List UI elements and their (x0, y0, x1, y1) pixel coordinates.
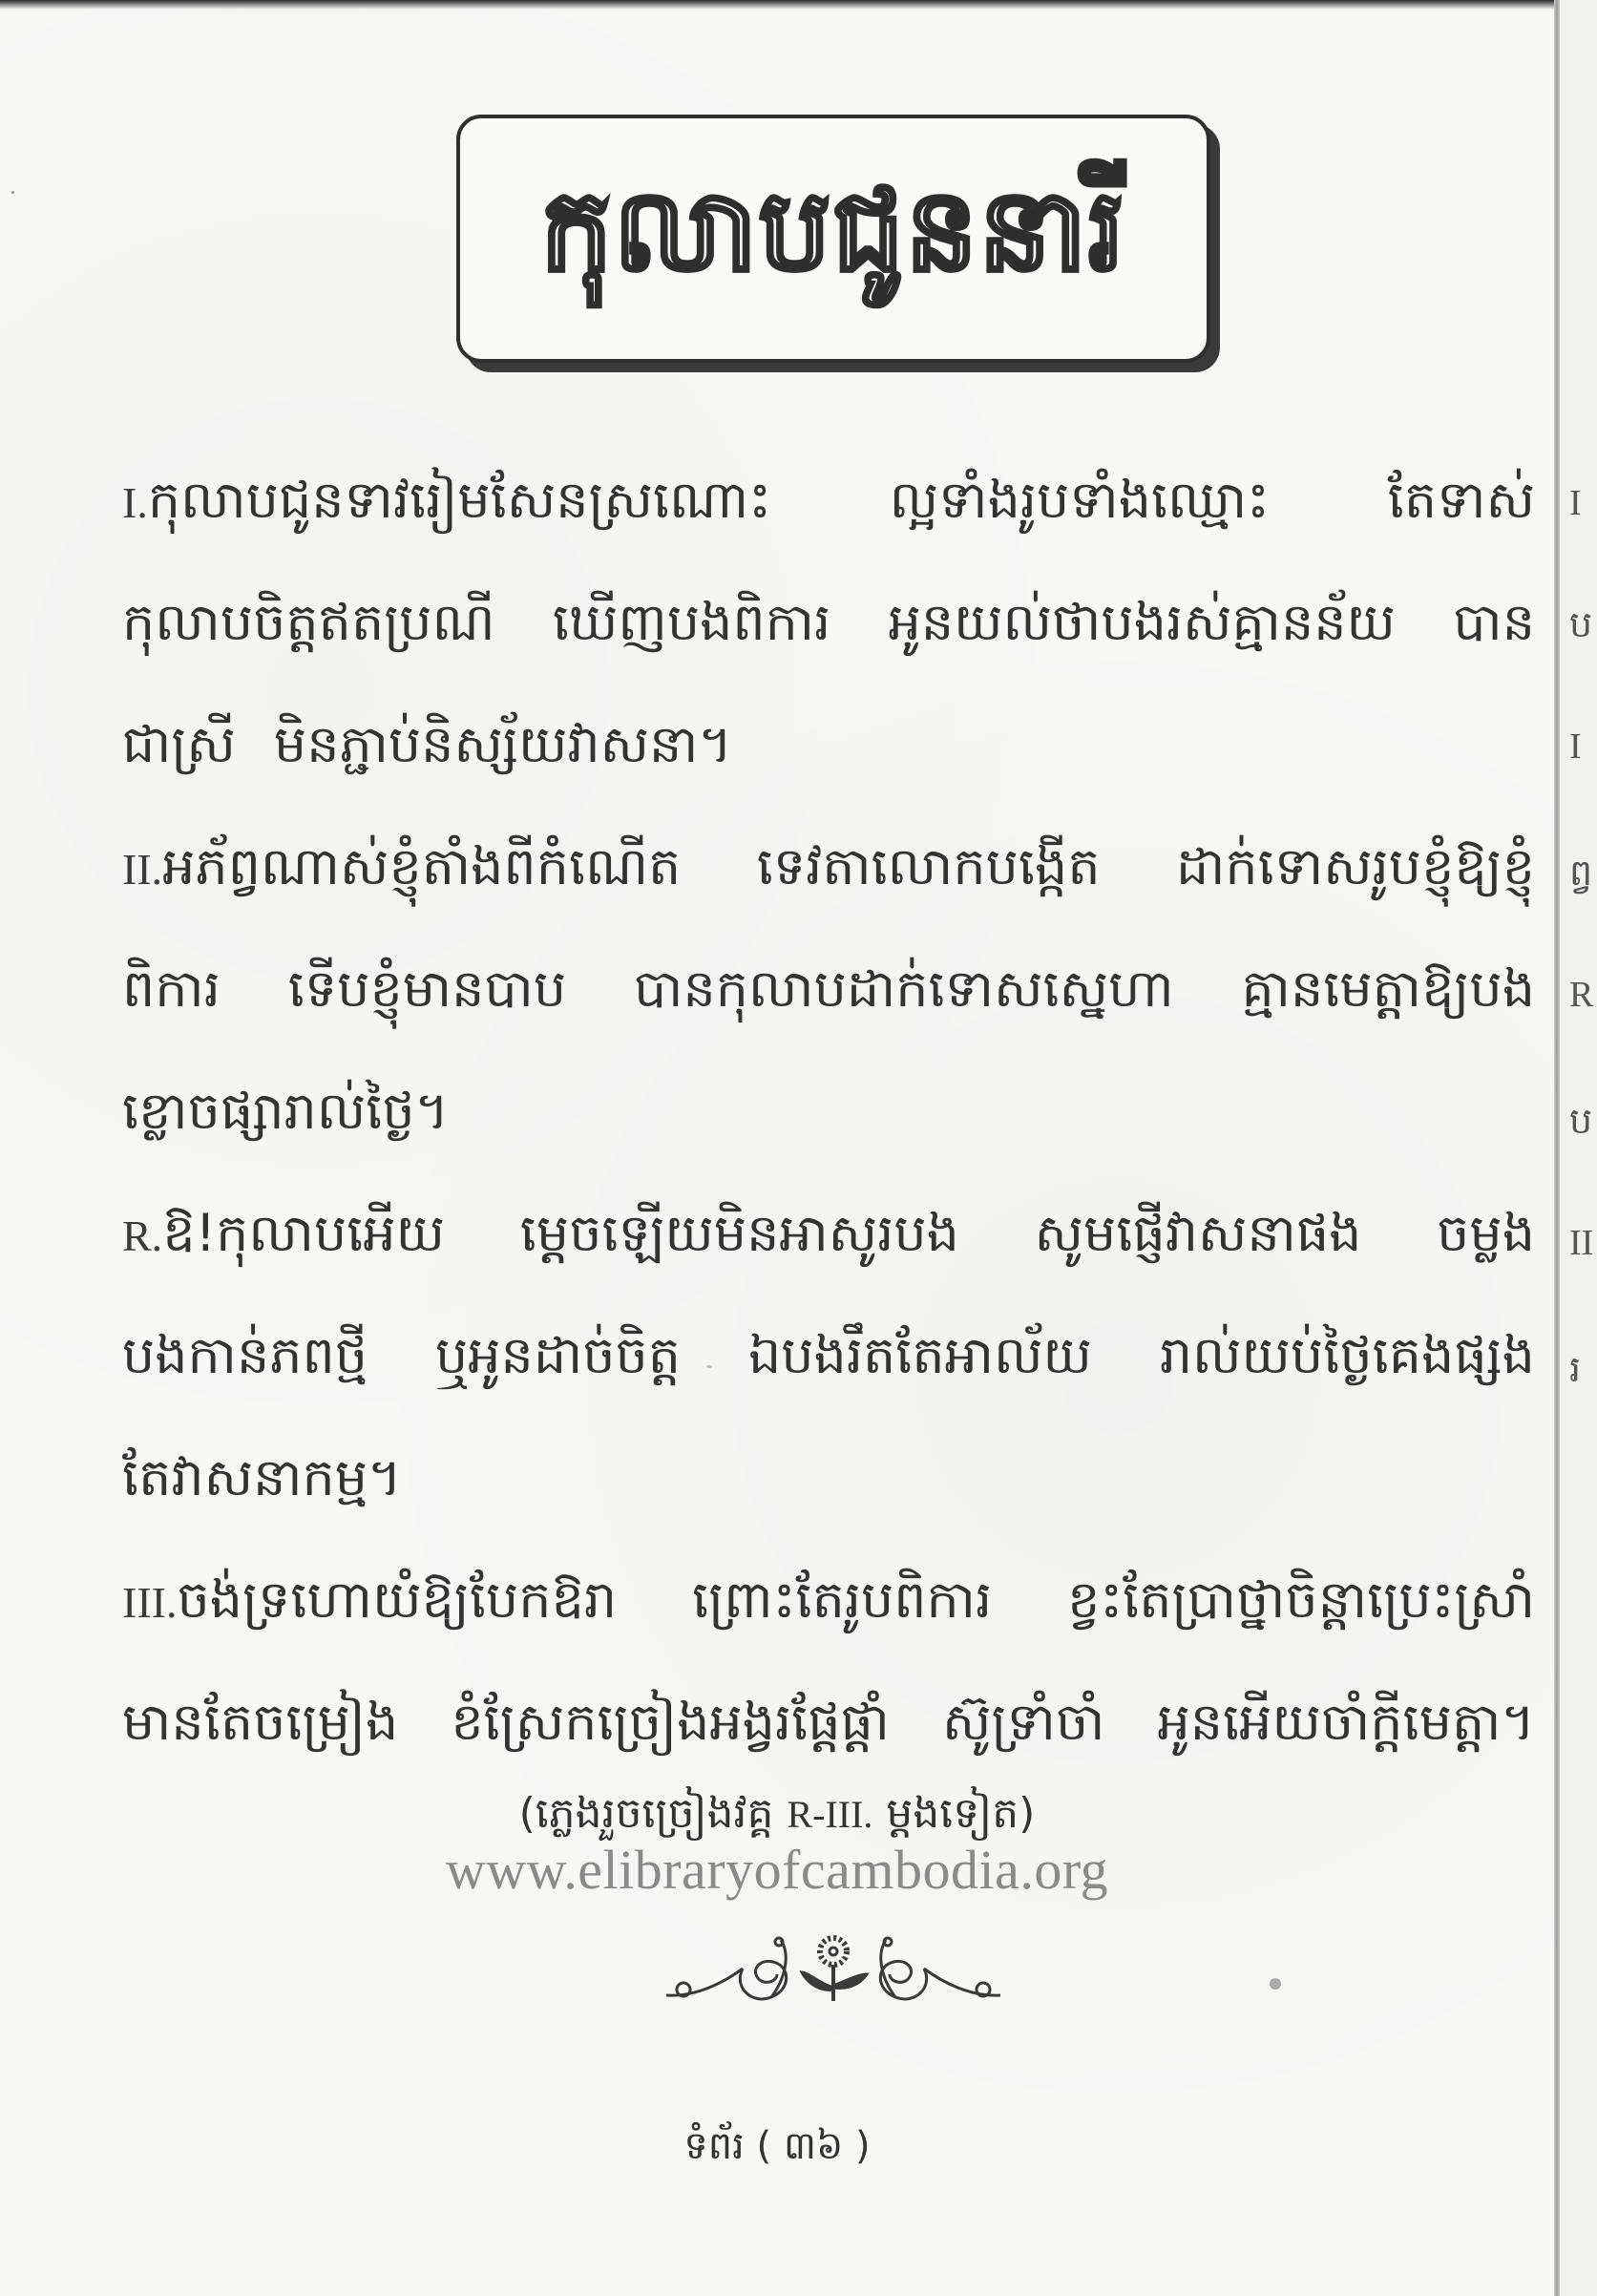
lyric-segment: កុលាបចិត្តឥតប្រណី (122, 561, 495, 684)
lyric-line: I.កុលាបជូនទាវរៀមសែនស្រណោះ ល្អទាំងរូបទាំង… (122, 439, 1535, 561)
page-title: កុលាបជូននារី (540, 174, 1125, 286)
lyric-segment: ឬអូនដាច់ចិត្ត (435, 1295, 681, 1417)
lyric-segment: កុលាបជូនទាវរៀមសែនស្រណោះ (148, 470, 771, 530)
lyric-segment: សូមផ្ញើវាសនាផង (1035, 1172, 1362, 1295)
lyric-segment: ទេវតាលោកបង្កើត (757, 806, 1101, 928)
verse-marker: III. (122, 1578, 177, 1627)
lyric-line: R.ឱ!កុលាបអើយ ម្ដេចឡើយមិនអាសូរបង សូមផ្ញើវ… (122, 1172, 1535, 1295)
verse-marker: I. (122, 478, 148, 527)
lyric-line: ពិការ ទើបខ្ញុំមានបាប បានកុលាបដាក់ទោសស្នេ… (122, 928, 1535, 1050)
lyric-segment: អភ័ព្វណាស់ខ្ញុំតាំងពីកំណើត (162, 836, 681, 896)
lyric-segment: ខំស្រែកច្រៀងអង្វរផ្ដែផ្ដាំ (451, 1661, 890, 1783)
lyric-segment: ពិការ (122, 928, 221, 1050)
lyric-line: កុលាបចិត្តឥតប្រណី ឃើញបងពិការ អូនយល់ថាបងរ… (122, 561, 1535, 684)
lyric-segment: ចម្លង (1437, 1172, 1535, 1295)
lyric-segment: មានតែចម្រៀង (122, 1661, 398, 1783)
lyric-segment: ចង់ទ្រហោយំឱ្យបែកឱរា (177, 1569, 617, 1630)
lyric-segment: តែទាស់ (1388, 439, 1535, 561)
lyric-segment: ម្ដេចឡើយមិនអាសូរបង (520, 1172, 959, 1295)
adjacent-page-edge: I ប I ព្វ R ប II រ (1560, 0, 1597, 2296)
lyric-segment: គ្មានមេត្តាឱ្យបង (1242, 928, 1535, 1050)
lyric-segment: អូនយល់ថាបងរស់គ្មានន័យ (889, 561, 1396, 684)
lyric-segment: បានកុលាបដាក់ទោសស្នេហា (634, 928, 1174, 1050)
lyric-line: III.ចង់ទ្រហោយំឱ្យបែកឱរា ព្រោះតែរូបពិការ … (122, 1539, 1535, 1661)
lyric-segment: ខ្លោចផ្សារាល់ថ្ងៃ។ (122, 1050, 449, 1172)
lyric-segment: ជាស្រី (122, 684, 236, 806)
source-watermark: www.elibraryofcambodia.org (0, 1838, 1554, 1902)
lyric-segment: ស៊ូទ្រាំចាំ (942, 1661, 1104, 1783)
lyric-line: II.អភ័ព្វណាស់ខ្ញុំតាំងពីកំណើត ទេវតាលោកបង… (122, 806, 1535, 928)
lyric-segment: តែវាសនាកម្ម។ (122, 1417, 402, 1539)
page-number: ទំព័រ ( ៣៦ ) (0, 2121, 1554, 2178)
lyric-segment: ខ្វះតែប្រាថ្នាចិន្តាប្រេះស្រាំ (1067, 1539, 1535, 1661)
lyric-segment: បងកាន់ភពថ្មី (122, 1295, 368, 1417)
refrain-marker: R. (122, 1211, 162, 1260)
lyric-segment: រាល់យប់ថ្ងៃគេងផ្សង (1160, 1295, 1535, 1417)
lyric-segment: ល្អទាំងរូបទាំងឈ្មោះ (890, 439, 1270, 561)
lyric-line: បងកាន់ភពថ្មី ឬអូនដាច់ចិត្ត ឯបងរឹតតែអាល័យ… (122, 1295, 1535, 1417)
lyric-segment: ទើបខ្ញុំមានបាប (288, 928, 566, 1050)
scan-speck (11, 191, 14, 194)
lyric-segment: បាន (1453, 561, 1535, 684)
scan-speck (1270, 1978, 1281, 1990)
scan-edge-top (0, 0, 1597, 10)
title-banner: កុលាបជូននារី (456, 115, 1210, 363)
scan-speck (706, 1365, 712, 1368)
lyric-segment: ឃើញបងពិការ (553, 561, 830, 684)
lyric-segment: ឱ!កុលាបអើយ (162, 1203, 445, 1263)
lyric-segment: ព្រោះតែរូបពិការ (692, 1539, 992, 1661)
lyric-line: ខ្លោចផ្សារាល់ថ្ងៃ។ (122, 1050, 1535, 1172)
lyric-line: ជាស្រី មិនភ្ជាប់និស្ស័យវាសនា។ (122, 684, 1535, 806)
lyric-line: តែវាសនាកម្ម។ (122, 1417, 1535, 1539)
lyric-line: មានតែចម្រៀង ខំស្រែកច្រៀងអង្វរផ្ដែផ្ដាំ ស… (122, 1661, 1535, 1783)
lyric-segment: ឯបងរឹតតែអាល័យ (748, 1295, 1092, 1417)
lyric-segment: មិនភ្ជាប់និស្ស័យវាសនា។ (274, 684, 732, 806)
lyrics-body: I.កុលាបជូនទាវរៀមសែនស្រណោះ ល្អទាំងរូបទាំង… (122, 439, 1535, 1783)
lyric-segment: អូនអើយចាំក្ដីមេត្តា។ (1157, 1661, 1535, 1783)
scanned-page: កុលាបជូននារី I.កុលាបជូនទាវរៀមសែនស្រណោះ ល… (0, 0, 1597, 2296)
lyric-segment: ដាក់ទោសរូបខ្ញុំឱ្យខ្ញុំ (1176, 806, 1535, 928)
verse-marker: II. (122, 845, 162, 894)
floral-ornament-icon (638, 1930, 1029, 2007)
